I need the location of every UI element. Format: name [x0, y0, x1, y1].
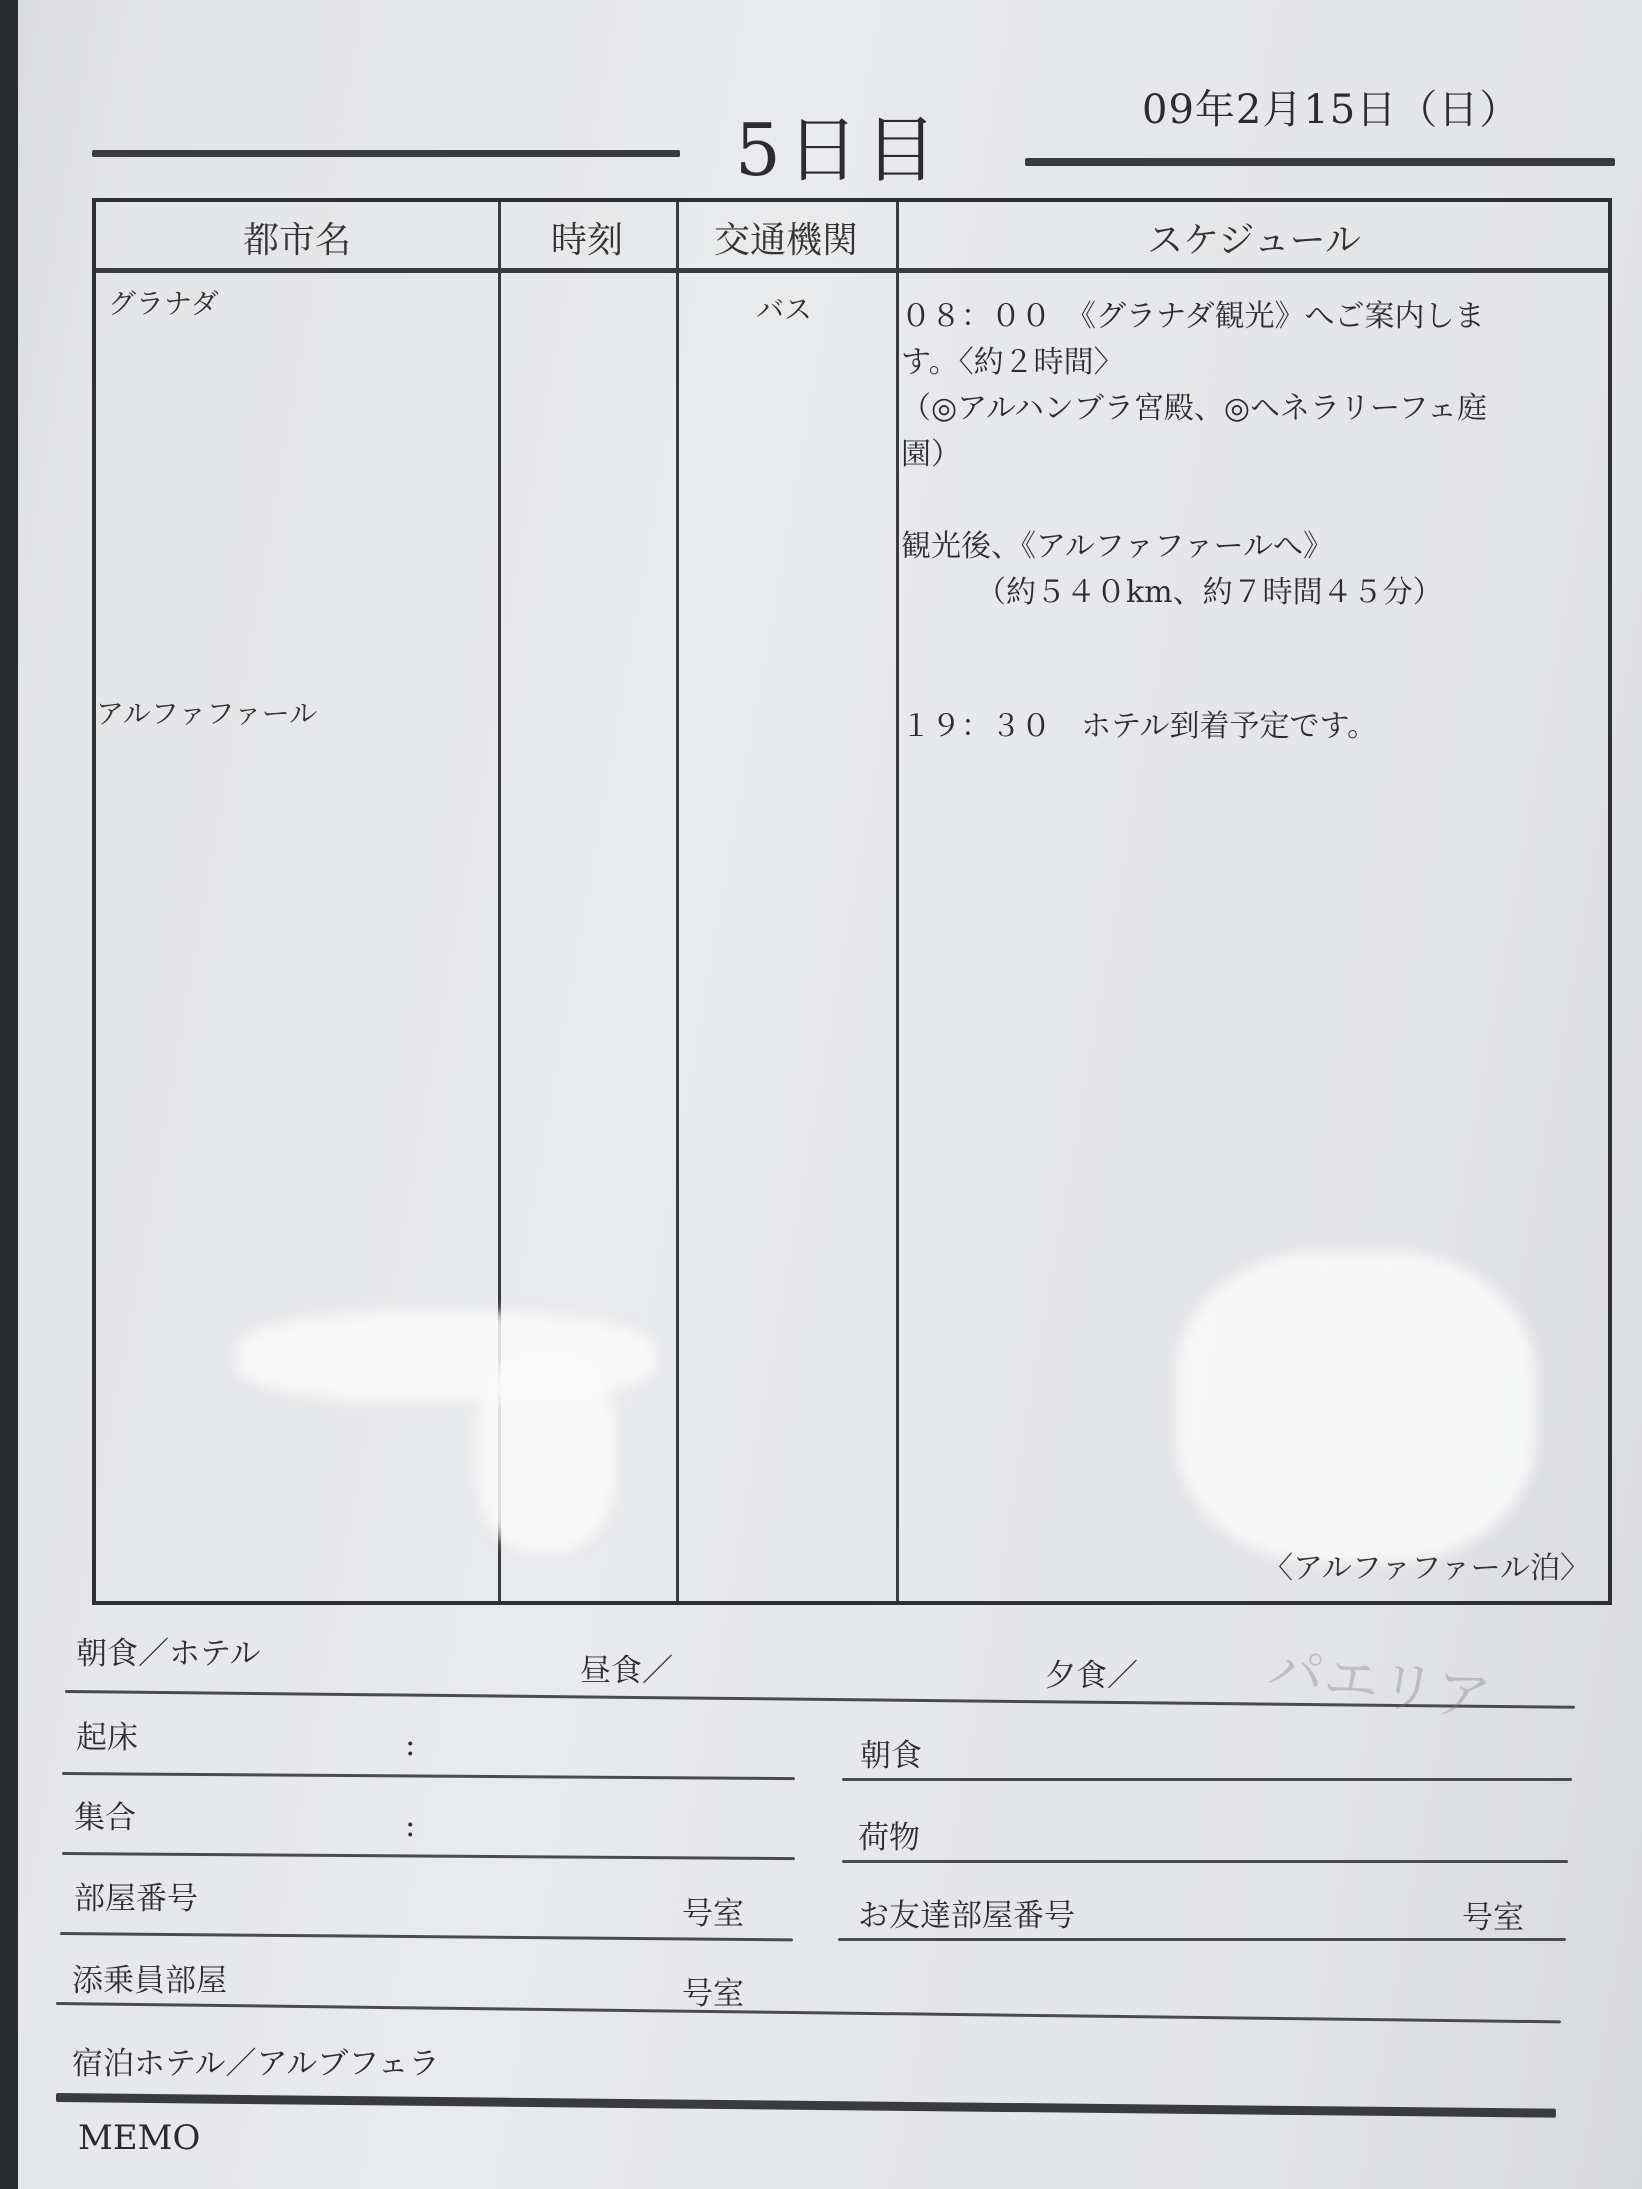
room-number-suffix: 号室: [682, 1888, 744, 1933]
meeting-field[interactable]: [62, 1852, 795, 1860]
page-title: 5日目: [735, 92, 943, 196]
page-edge-shadow: [0, 0, 18, 2189]
schedule-line: す。〈約２時間〉: [901, 340, 1487, 386]
memo-label: MEMO: [78, 2118, 200, 2158]
schedule-line: （◎アルハンブラ宮殿、◎ヘネラリーフェ庭: [901, 386, 1487, 432]
meeting-label: 集合: [74, 1792, 136, 1837]
correction-fluid-mark: [476, 1352, 616, 1552]
schedule-line: [901, 478, 1487, 524]
column-divider: [676, 202, 679, 1601]
luggage-field[interactable]: [842, 1860, 1568, 1863]
schedule-line: １９：３０ ホテル到着予定です。: [901, 704, 1377, 750]
title-rule-right: [1025, 158, 1615, 166]
friend-room-label: お友達部屋番号: [858, 1890, 1075, 1935]
conductor-room-suffix: 号室: [682, 1968, 744, 2013]
schedule-line: 園）: [901, 432, 1487, 478]
header-divider: [96, 268, 1608, 273]
overnight-note: 〈アルファファール泊〉: [1263, 1543, 1590, 1587]
lunch-label: 昼食／: [580, 1645, 673, 1690]
header-schedule: スケジュール: [896, 212, 1612, 263]
schedule-table: 都市名 時刻 交通機関 スケジュール グラナダ バス ０８：００ 《グラナダ観光…: [92, 198, 1612, 1605]
correction-fluid-mark: [1176, 1252, 1536, 1562]
hotel-label: 宿泊ホテル／アルブフェラ: [72, 2038, 440, 2083]
wakeup-separator: :: [405, 1727, 415, 1763]
wakeup-label: 起床: [76, 1712, 138, 1757]
header-transport: 交通機関: [676, 212, 896, 263]
schedule-line: （約５４０km、約７時間４５分）: [901, 570, 1487, 616]
title-rule-left: [92, 150, 680, 157]
luggage-label: 荷物: [858, 1812, 920, 1857]
wakeup-field[interactable]: [62, 1772, 795, 1780]
schedule-cell: １９：３０ ホテル到着予定です。: [901, 704, 1377, 750]
city-cell: グラナダ: [108, 282, 219, 322]
page-date: 09年2月15日（日）: [1142, 78, 1520, 135]
friend-room-suffix: 号室: [1462, 1892, 1524, 1937]
memo-divider: [56, 2093, 1556, 2118]
transport-cell: バス: [756, 288, 812, 328]
header-time: 時刻: [498, 212, 676, 263]
pencil-note: パエリア: [1264, 1625, 1497, 1735]
conductor-room-label: 添乗員部屋: [72, 1955, 227, 2000]
schedule-cell: ０８：００ 《グラナダ観光》へご案内しま す。〈約２時間〉 （◎アルハンブラ宮殿…: [901, 294, 1487, 616]
schedule-line: 観光後、《アルファファールへ》: [901, 524, 1487, 570]
dinner-label: 夕食／: [1045, 1650, 1138, 1695]
breakfast-time-field[interactable]: [842, 1778, 1572, 1781]
column-divider: [896, 202, 899, 1601]
meeting-separator: :: [405, 1808, 415, 1844]
breakfast-time-label: 朝食: [860, 1730, 922, 1775]
room-number-field[interactable]: [60, 1932, 793, 1941]
schedule-line: ０８：００ 《グラナダ観光》へご案内しま: [901, 294, 1487, 340]
header-city: 都市名: [96, 212, 498, 263]
city-cell: アルファファール: [96, 692, 317, 732]
room-number-label: 部屋番号: [74, 1873, 198, 1918]
friend-room-field[interactable]: [838, 1938, 1566, 1941]
conductor-room-field[interactable]: [56, 2002, 1561, 2023]
breakfast-label: 朝食／ホテル: [76, 1628, 260, 1673]
